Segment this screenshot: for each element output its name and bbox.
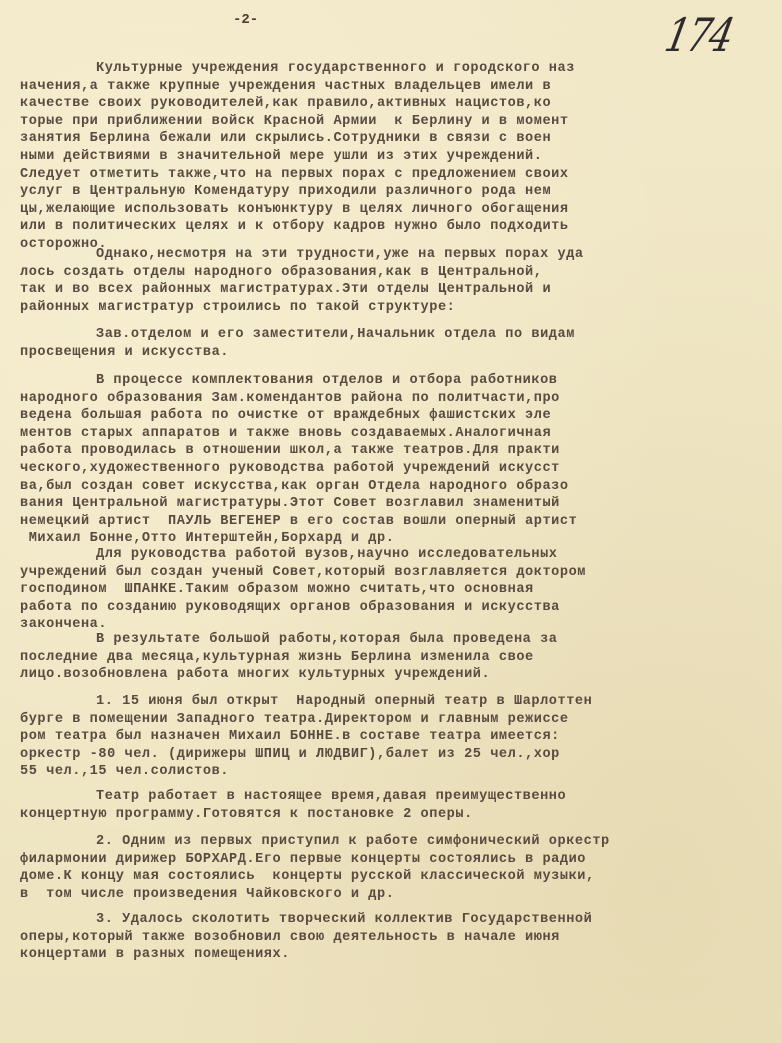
text-line: учреждений был создан ученый Совет,котор…	[20, 564, 760, 582]
text-line: просвещения и искусства.	[20, 344, 760, 362]
text-line: концертную программу.Готовятся к постано…	[20, 806, 760, 824]
text-line: немецкий артист ПАУЛЬ ВЕГЕНЕР в его сост…	[20, 513, 760, 531]
text-line: вания Центральной магистратуры.Этот Сове…	[20, 495, 760, 513]
paragraph-3: Зав.отделом и его заместители,Начальник …	[20, 326, 760, 361]
text-line: Однако,несмотря на эти трудности,уже на …	[20, 246, 760, 264]
text-line: 1. 15 июня был открыт Народный оперный т…	[20, 693, 760, 711]
text-line: В результате большой работы,которая была…	[20, 631, 760, 649]
text-line: качестве своих руководителей,как правило…	[20, 95, 760, 113]
text-line: ческого,художественного руководства рабо…	[20, 460, 760, 478]
text-line: ментов старых аппаратов и также вновь со…	[20, 425, 760, 443]
text-line: народного образования Зам.комендантов ра…	[20, 390, 760, 408]
text-line: ва,был создан совет искусства,как орган …	[20, 478, 760, 496]
text-line: ром театра был назначен Михаил БОННЕ.в с…	[20, 728, 760, 746]
text-line: ведена большая работа по очистке от враж…	[20, 407, 760, 425]
text-line: 55 чел.,15 чел.солистов.	[20, 763, 760, 781]
text-line: филармонии дирижер БОРХАРД.Его первые ко…	[20, 851, 760, 869]
paragraph-9: 2. Одним из первых приступил к работе си…	[20, 833, 760, 903]
text-line: оркестр -80 чел. (дирижеры ШПИЦ и ЛЮДВИГ…	[20, 746, 760, 764]
text-line: последние два месяца,культурная жизнь Бе…	[20, 649, 760, 667]
text-line: районных магистратур строились по такой …	[20, 299, 760, 317]
text-line: концертами в разных помещениях.	[20, 946, 760, 964]
document-page: -2- 174 Культурные учреждения государств…	[0, 0, 782, 1043]
text-line: бурге в помещении Западного театра.Дирек…	[20, 711, 760, 729]
page-number: -2-	[233, 12, 258, 28]
text-line: Театр работает в настоящее время,давая п…	[20, 788, 760, 806]
paragraph-1: Культурные учреждения государственного и…	[20, 60, 760, 254]
text-line: Для руководства работой вузов,научно исс…	[20, 546, 760, 564]
text-line: ными действиями в значительной мере ушли…	[20, 148, 760, 166]
paragraph-6: В результате большой работы,которая была…	[20, 631, 760, 684]
paragraph-2: Однако,несмотря на эти трудности,уже на …	[20, 246, 760, 316]
text-line: цы,желающие использовать конъюнктуру в ц…	[20, 201, 760, 219]
paragraph-5: Для руководства работой вузов,научно исс…	[20, 546, 760, 634]
text-line: в том числе произведения Чайковского и д…	[20, 886, 760, 904]
text-line: В процессе комплектования отделов и отбо…	[20, 372, 760, 390]
text-line: работа по созданию руководящих органов о…	[20, 599, 760, 617]
text-line: или в политических целях и к отбору кадр…	[20, 218, 760, 236]
text-line: оперы,который также возобновил свою деят…	[20, 929, 760, 947]
paragraph-4: В процессе комплектования отделов и отбо…	[20, 372, 760, 548]
handwritten-archive-number: 174	[661, 8, 738, 62]
text-line: начения,а также крупные учреждения частн…	[20, 78, 760, 96]
text-line: Зав.отделом и его заместители,Начальник …	[20, 326, 760, 344]
text-line: господином ШПАНКЕ.Таким образом можно сч…	[20, 581, 760, 599]
text-line: Культурные учреждения государственного и…	[20, 60, 760, 78]
text-line: 2. Одним из первых приступил к работе си…	[20, 833, 760, 851]
text-line: работа проводилась в отношении школ,а та…	[20, 442, 760, 460]
text-line: 3. Удалось сколотить творческий коллекти…	[20, 911, 760, 929]
text-line: Следует отметить также,что на первых пор…	[20, 166, 760, 184]
text-line: занятия Берлина бежали или скрылись.Сотр…	[20, 130, 760, 148]
text-line: лицо.возобновлена работа многих культурн…	[20, 666, 760, 684]
text-line: лось создать отделы народного образовани…	[20, 264, 760, 282]
paragraph-8: Театр работает в настоящее время,давая п…	[20, 788, 760, 823]
paragraph-10: 3. Удалось сколотить творческий коллекти…	[20, 911, 760, 964]
text-line: так и во всех районных магистратурах.Эти…	[20, 281, 760, 299]
paragraph-7: 1. 15 июня был открыт Народный оперный т…	[20, 693, 760, 781]
text-line: торые при приближении войск Красной Арми…	[20, 113, 760, 131]
text-line: услуг в Центральную Комендатуру приходил…	[20, 183, 760, 201]
text-line: доме.К концу мая состоялись концерты рус…	[20, 868, 760, 886]
